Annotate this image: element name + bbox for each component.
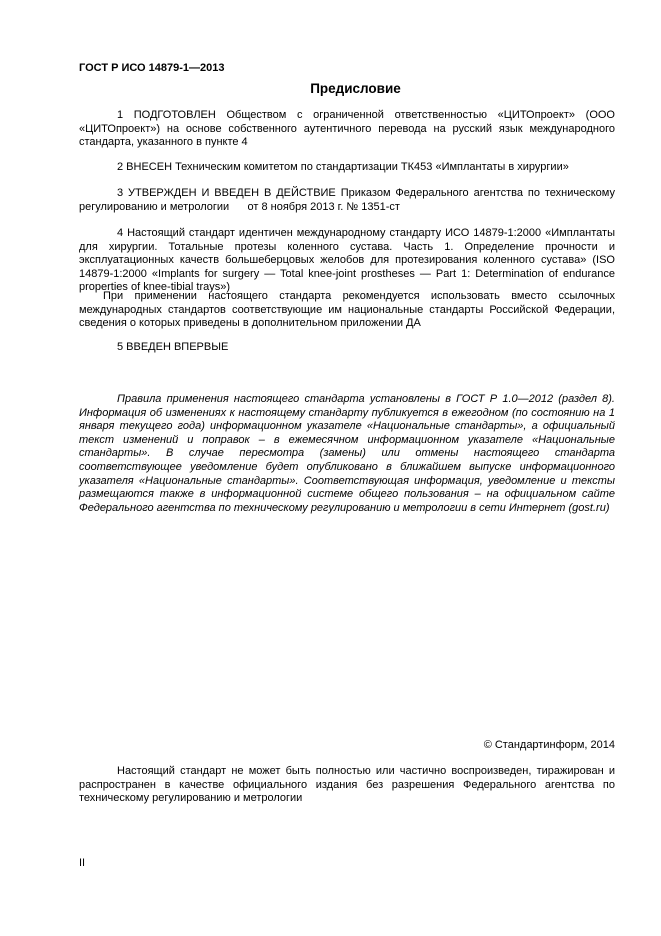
foreword-item-4-note: При применении настоящего стандарта реко… <box>79 290 615 331</box>
copyright: © Стандартинформ, 2014 <box>484 739 615 751</box>
foreword-item-4: 4 Настоящий стандарт идентичен междунаро… <box>79 227 615 295</box>
document-page: ГОСТ Р ИСО 14879-1—2013 Предисловие 1 ПО… <box>0 0 661 936</box>
page-title: Предисловие <box>0 81 661 96</box>
page-number: II <box>79 857 85 869</box>
foreword-item-1: 1 ПОДГОТОВЛЕН Обществом с ограниченной о… <box>79 109 615 150</box>
reproduction-notice: Настоящий стандарт не может быть полност… <box>79 765 615 806</box>
usage-notice: Правила применения настоящего стандарта … <box>79 393 615 515</box>
document-code: ГОСТ Р ИСО 14879-1—2013 <box>79 62 225 74</box>
foreword-item-2: 2 ВНЕСЕН Техническим комитетом по станда… <box>79 161 615 175</box>
foreword-item-3: 3 УТВЕРЖДЕН И ВВЕДЕН В ДЕЙСТВИЕ Приказом… <box>79 187 615 214</box>
foreword-item-5: 5 ВВЕДЕН ВПЕРВЫЕ <box>79 341 615 355</box>
